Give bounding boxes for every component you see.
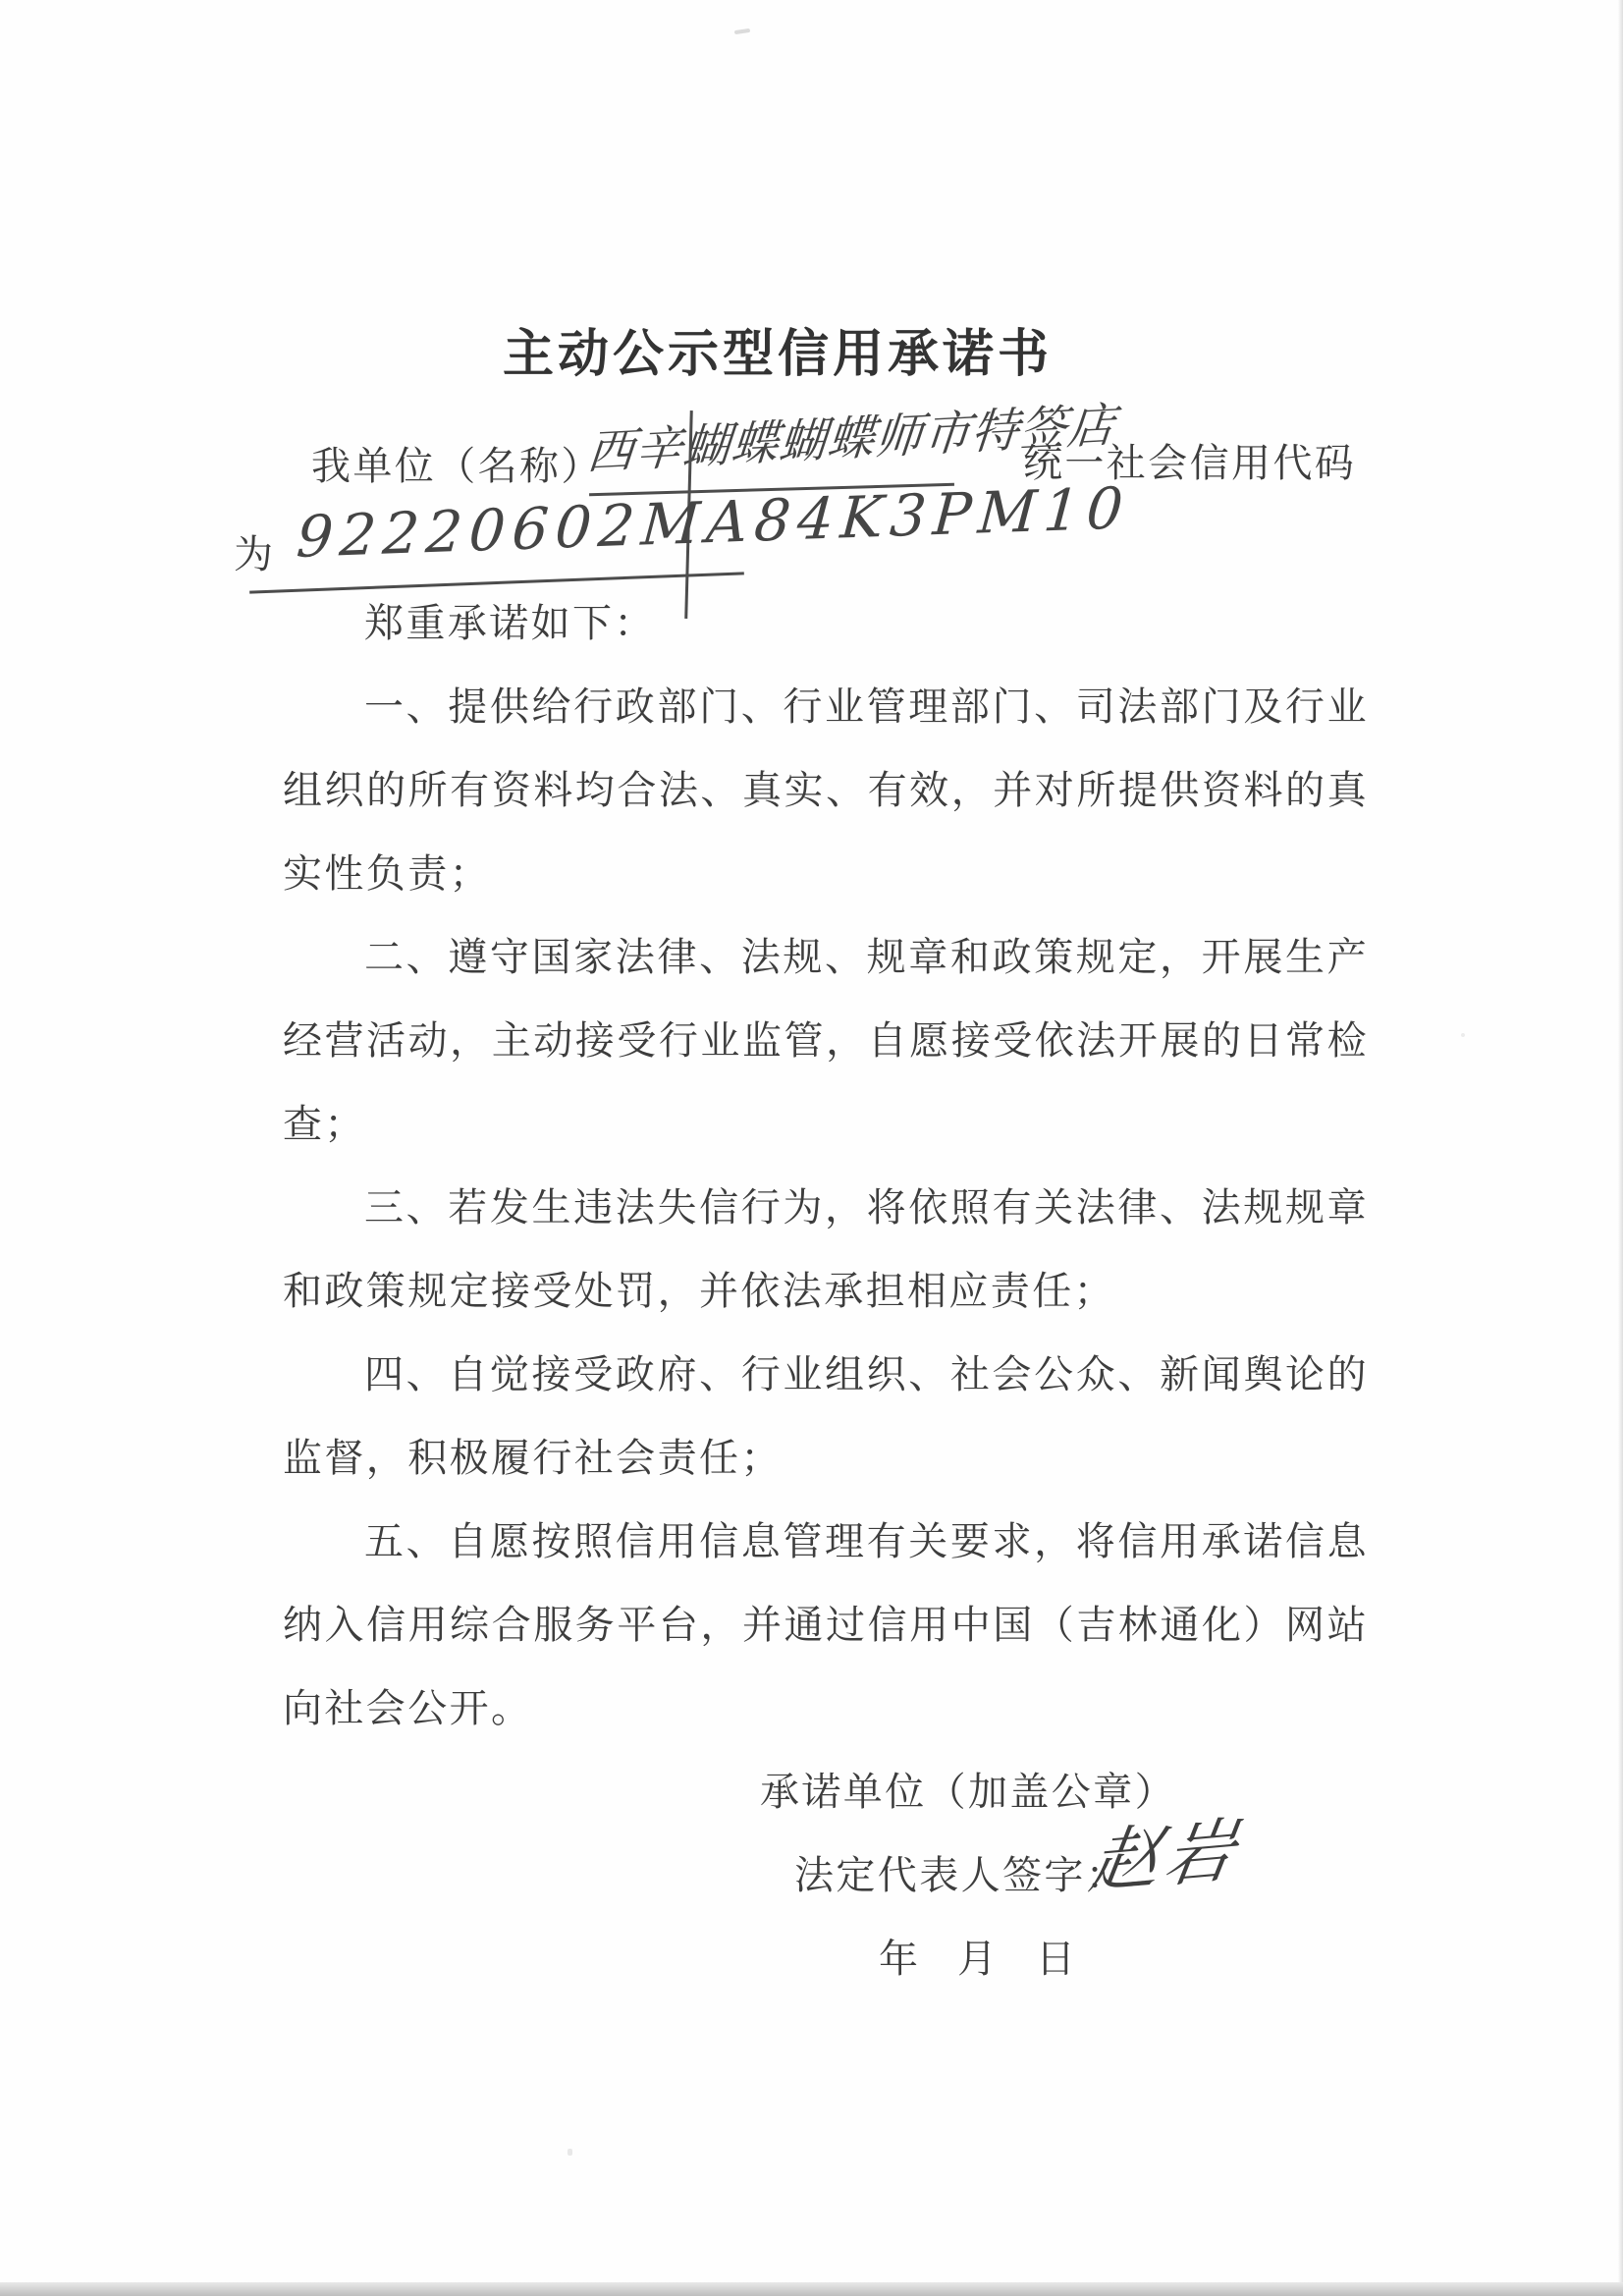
commitment-list: 一、提供给行政部门、行业管理部门、司法部门及行业组织的所有资料均合法、真实、有效… <box>283 665 1369 1750</box>
scan-edge-right <box>1618 0 1623 2296</box>
pledge-intro: 郑重承诺如下： <box>283 581 1369 665</box>
date-line: 年月日 <box>879 1928 1114 1984</box>
commitment-paragraph-2: 二、遵守国家法律、法规、规章和政策规定，开展生产经营活动，主动接受行业监管，自愿… <box>283 915 1369 1166</box>
scanned-document-page: 主动公示型信用承诺书 我单位（名称） 西辛蝴蝶蝴蝶师市特签店 统一社会信用代码 … <box>0 0 1623 2296</box>
unit-name-label: 我单位（名称） <box>311 435 603 491</box>
scan-speck <box>1461 1033 1465 1037</box>
commitment-paragraph-4: 四、自觉接受政府、行业组织、社会公众、新闻舆论的监督，积极履行社会责任； <box>283 1333 1369 1500</box>
scan-speck <box>568 2149 572 2156</box>
legal-representative-signature: 赵岩 <box>1084 1793 1249 1907</box>
commitment-paragraph-1: 一、提供给行政部门、行业管理部门、司法部门及行业组织的所有资料均合法、真实、有效… <box>283 665 1369 915</box>
pledge-body: 郑重承诺如下： 一、提供给行政部门、行业管理部门、司法部门及行业组织的所有资料均… <box>283 581 1369 1750</box>
legal-representative-label: 法定代表人签字： <box>794 1844 1127 1900</box>
scan-speck <box>734 28 750 34</box>
document-title: 主动公示型信用承诺书 <box>503 312 1053 386</box>
credit-code-prefix: 为 <box>234 523 275 579</box>
commitment-paragraph-5: 五、自愿按照信用信息管理有关要求，将信用承诺信息纳入信用综合服务平台，并通过信用… <box>283 1500 1369 1750</box>
scan-edge-bottom <box>0 2282 1623 2296</box>
commitment-paragraph-3: 三、若发生违法失信行为，将依照有关法律、法规规章和政策规定接受处罚，并依法承担相… <box>283 1166 1369 1333</box>
